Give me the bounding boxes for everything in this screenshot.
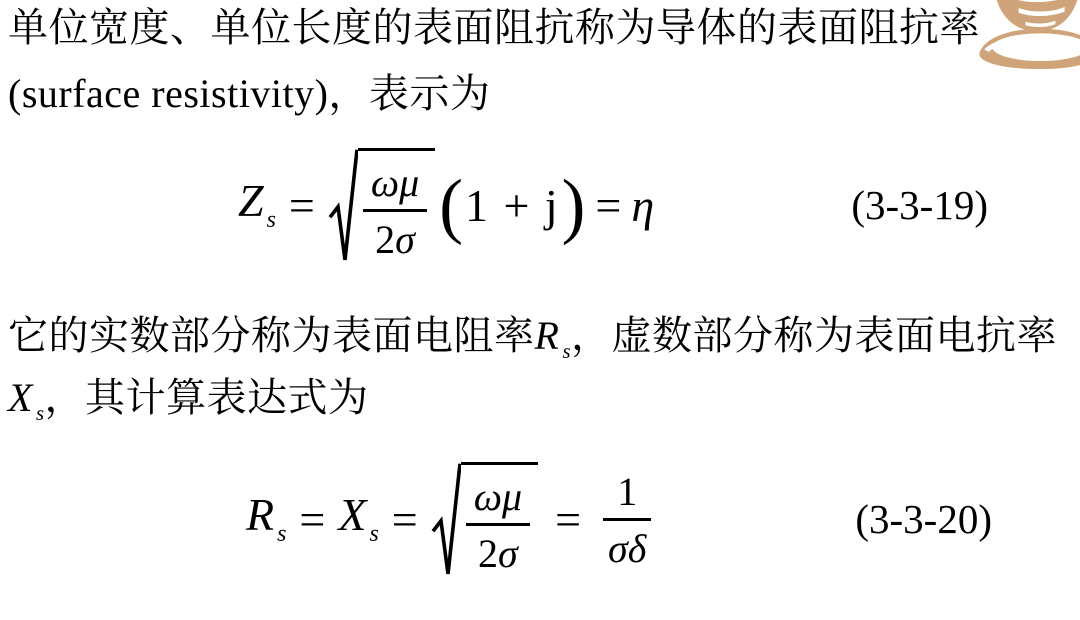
eq1-variable-Z: Z: [238, 175, 264, 226]
square-root: ωμ 2σ: [328, 148, 435, 263]
line3-text-part2: ，虚数部分称为表面电抗率: [571, 313, 1057, 358]
eq1-paren-body: 1 + j: [465, 183, 560, 229]
paragraph-line-1: 单位宽度、单位长度的表面阻抗称为导体的表面阻抗率: [8, 5, 980, 51]
radical-sign-icon: [328, 148, 358, 263]
line3-text-part1: 它的实数部分称为表面电阻率: [8, 313, 535, 358]
variable-X: X: [8, 375, 33, 420]
eq1-result-eta: η: [631, 183, 654, 229]
eq2-lhs1: Rs: [246, 492, 286, 547]
fraction-denominator: 2σ: [470, 526, 526, 577]
radical-sign-icon: [431, 462, 461, 577]
left-parenthesis: (: [439, 169, 463, 242]
variable-R: R: [535, 313, 560, 358]
square-root: ωμ 2σ: [431, 462, 538, 577]
paragraph-line-3: 它的实数部分称为表面电阻率Rs，虚数部分称为表面电抗率: [8, 313, 1057, 364]
equation-1-math: Zs = ωμ 2σ ( 1 + j ) = η: [238, 148, 654, 263]
eq2-subscript-s: s: [369, 521, 378, 547]
eq2-variable-X: X: [338, 489, 366, 540]
fraction-numerator: ωμ: [363, 159, 427, 212]
line4-text: ，其计算表达式为: [45, 375, 369, 420]
fraction-one-over-sigma-delta: 1 σδ: [594, 468, 660, 572]
subscript-s: s: [562, 340, 571, 363]
equation-1-number: (3-3-19): [851, 185, 988, 226]
line3-inline-math: Rs: [535, 313, 572, 358]
denominator-variable: σ: [498, 531, 518, 576]
eq2-variable-R: R: [246, 489, 274, 540]
fraction-denominator: 2σ: [367, 212, 423, 263]
equation-1: Zs = ωμ 2σ ( 1 + j ) = η (3-3-19): [0, 148, 1080, 263]
equation-2-number: (3-3-20): [855, 499, 992, 540]
fraction-denominator: σδ: [594, 521, 660, 572]
fraction-numerator: 1: [603, 468, 651, 521]
subscript-s: s: [36, 402, 45, 425]
fraction-omega-mu-over-2-sigma: ωμ 2σ: [363, 159, 427, 263]
paragraph-line-2: (surface resistivity)，表示为: [8, 71, 490, 117]
eq2-lhs2: Xs: [338, 492, 378, 547]
equals-sign: =: [392, 497, 418, 543]
equals-sign: =: [555, 497, 581, 543]
line2-text: (surface resistivity)，表示为: [8, 71, 490, 116]
coffee-cup-icon: [968, 0, 1080, 84]
equals-sign: =: [299, 497, 325, 543]
line1-text: 单位宽度、单位长度的表面阻抗称为导体的表面阻抗率: [8, 5, 980, 50]
paragraph-line-4: Xs，其计算表达式为: [8, 375, 369, 426]
eq1-subscript-s: s: [267, 207, 276, 233]
equals-sign: =: [595, 183, 621, 229]
fraction-omega-mu-over-2-sigma: ωμ 2σ: [466, 473, 530, 577]
denominator-coefficient: 2: [478, 531, 498, 576]
fraction-numerator: ωμ: [466, 473, 530, 526]
denominator-variable: σ: [395, 217, 415, 262]
line4-inline-math: Xs: [8, 375, 45, 420]
slide: { "page": { "background": "#ffffff", "te…: [0, 0, 1080, 620]
eq2-subscript-s: s: [277, 521, 286, 547]
equals-sign: =: [289, 183, 315, 229]
equation-2-math: Rs = Xs = ωμ 2σ = 1 σδ: [246, 462, 660, 577]
equation-2: Rs = Xs = ωμ 2σ = 1 σδ (3-3-20): [0, 462, 1080, 577]
right-parenthesis: ): [562, 169, 586, 242]
eq1-lhs: Zs: [238, 178, 276, 233]
denominator-coefficient: 2: [375, 217, 395, 262]
